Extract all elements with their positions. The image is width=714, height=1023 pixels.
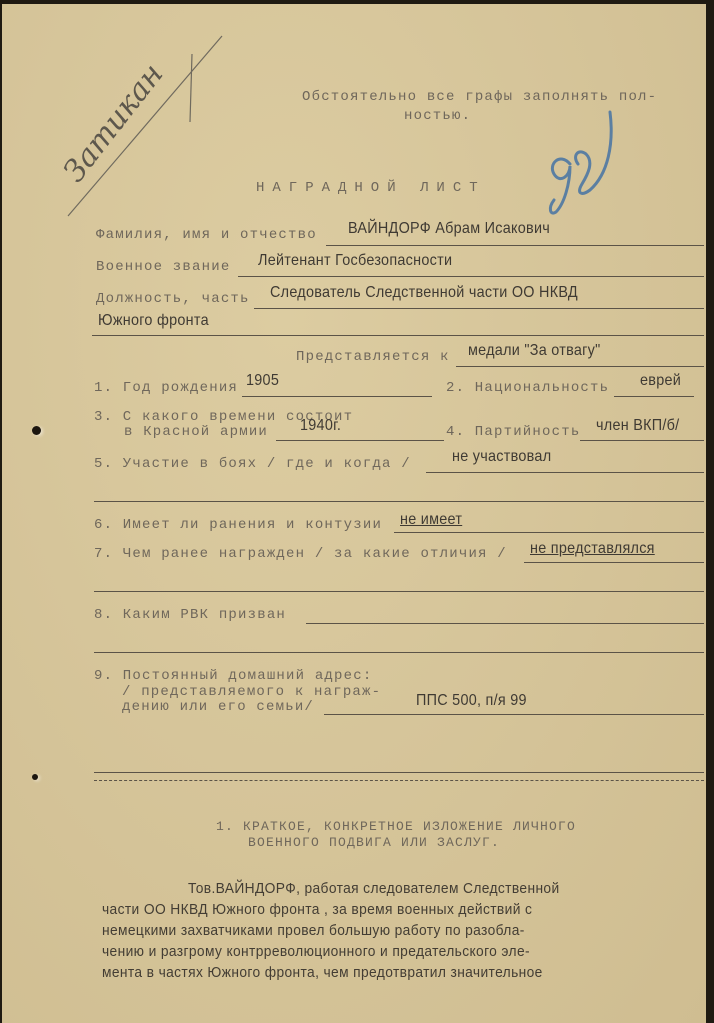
- address-underline: [324, 714, 704, 715]
- narrative-line-5: мента в частях Южного фронта, чем предот…: [102, 964, 543, 981]
- full-name-value: ВАЙНДОРФ Абрам Исакович: [348, 220, 550, 238]
- nationality-value: еврей: [640, 372, 681, 390]
- position-value-line2: Южного фронта: [98, 312, 209, 330]
- rank-label: Военное звание: [96, 259, 230, 275]
- army-since-value: 1940г.: [300, 417, 341, 435]
- address-underline-3: [94, 780, 704, 781]
- nominated-for-label: Представляется к: [296, 349, 450, 365]
- nominated-for-value: медали "За отвагу": [468, 342, 600, 360]
- battles-label: 5. Участие в боях / где и когда /: [94, 456, 411, 472]
- position-value-line1: Следователь Следственной части ОО НКВД: [270, 284, 578, 302]
- svg-text:Затикан: Затикан: [57, 57, 171, 189]
- narrative-line-1: Тов.ВАЙНДОРФ, работая следователем Следс…: [188, 880, 560, 897]
- full-name-label: Фамилия, имя и отчество: [96, 227, 317, 243]
- narrative-line-2: части ОО НКВД Южного фронта , за время в…: [102, 901, 532, 918]
- battles-underline-2: [94, 501, 704, 502]
- wounds-underline: [394, 532, 704, 533]
- address-underline-2: [94, 772, 704, 773]
- binder-hole-bottom: [32, 774, 38, 780]
- document-title: НАГРАДНОЙ ЛИСТ: [256, 180, 486, 196]
- address-label-line1: 9. Постоянный домашний адрес:: [94, 668, 372, 684]
- prior-awards-underline-2: [94, 591, 704, 592]
- instruction-text-line2: ностью.: [404, 108, 471, 124]
- rank-underline: [238, 276, 704, 277]
- narrative-line-4: чению и разгрому контрреволюционного и п…: [102, 943, 530, 960]
- section-heading-line1: 1. КРАТКОЕ, КОНКРЕТНОЕ ИЗЛОЖЕНИЕ ЛИЧНОГО: [216, 819, 576, 834]
- address-label-line3: дению или его семьи/: [122, 699, 314, 715]
- army-since-underline: [276, 440, 444, 441]
- rank-value: Лейтенант Госбезопасности: [258, 252, 452, 270]
- award-sheet-page: Затикан Обстоятельно все графы заполнять…: [2, 4, 706, 1023]
- draft-office-underline: [306, 623, 704, 624]
- position-label: Должность, часть: [96, 291, 250, 307]
- nationality-underline: [614, 396, 694, 397]
- draft-office-underline-2: [94, 652, 704, 653]
- army-since-label-line2: в Красной армии: [124, 424, 268, 440]
- party-value: член ВКП/б/: [596, 417, 679, 435]
- prior-awards-label: 7. Чем ранее награжден / за какие отличи…: [94, 546, 507, 562]
- position-underline-1: [254, 308, 704, 309]
- section-heading-line2: ВОЕННОГО ПОДВИГА ИЛИ ЗАСЛУГ.: [248, 835, 500, 850]
- nationality-label: 2. Национальность: [446, 380, 609, 396]
- battles-underline: [426, 472, 704, 473]
- battles-value: не участвовал: [452, 448, 551, 466]
- birth-year-label: 1. Год рождения: [94, 380, 238, 396]
- prior-awards-underline: [524, 562, 704, 563]
- birth-year-underline: [242, 396, 432, 397]
- instruction-text-line1: Обстоятельно все графы заполнять пол-: [302, 89, 657, 105]
- narrative-line-3: немецкими захватчиками провел большую ра…: [102, 922, 525, 939]
- address-value: ППС 500, п/я 99: [416, 692, 527, 710]
- address-label-line2: / представляемого к награж-: [122, 684, 381, 700]
- prior-awards-value: не представлялся: [530, 540, 655, 558]
- wounds-label: 6. Имеет ли ранения и контузии: [94, 517, 382, 533]
- handwritten-page-number: [542, 104, 632, 224]
- full-name-underline: [326, 245, 704, 246]
- birth-year-value: 1905: [246, 372, 279, 390]
- party-underline: [580, 440, 704, 441]
- handwritten-corner-note: Затикан: [42, 24, 242, 224]
- binder-hole-top: [32, 426, 41, 435]
- draft-office-label: 8. Каким РВК призван: [94, 607, 286, 623]
- nominated-for-underline: [456, 366, 704, 367]
- party-label: 4. Партийность: [446, 424, 580, 440]
- position-underline-2: [92, 335, 704, 336]
- wounds-value: не имеет: [400, 511, 462, 529]
